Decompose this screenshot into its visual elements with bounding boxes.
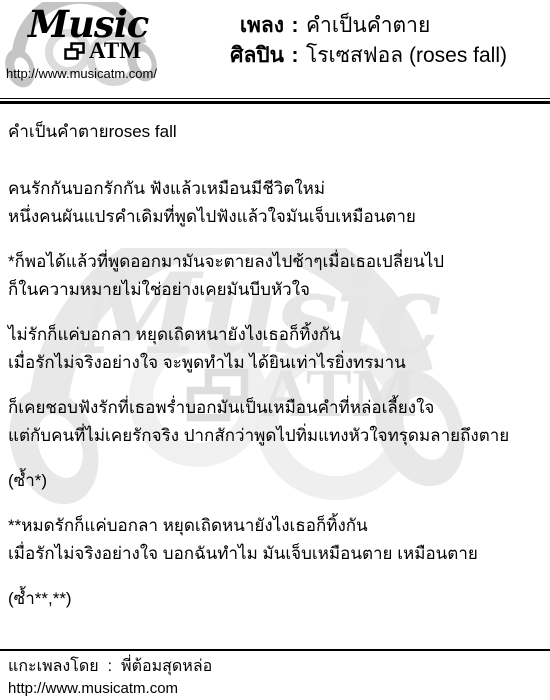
footer-divider — [0, 649, 550, 651]
footer-url: http://www.musicatm.com — [8, 678, 212, 700]
lyrics-stanza: คนรักกันบอกรักกัน ฟังแล้วเหมือนมีชีวิตให… — [8, 175, 544, 231]
lyrics-body: คำเป็นคำตายroses fall คนรักกันบอกรักกัน … — [8, 118, 544, 630]
lyrics-line: หนึ่งคนผันแปรคำเดิมที่พูดไปฟังแล้วใจมันเ… — [8, 203, 544, 231]
site-logo: Music ATM http://www.musicatm.com/ — [4, 2, 204, 90]
lyrics-line: **หมดรักก็แค่บอกลา หยุดเถิดหนายังไงเธอก็… — [8, 512, 544, 540]
lyrics-line: แต่กับคนที่ไม่เคยรักจริง ปากสักว่าพูดไปท… — [8, 422, 544, 450]
atm-cascade-icon — [64, 42, 85, 60]
lyrics-stanza: ไม่รักก็แค่บอกลา หยุดเถิดหนายังไงเธอก็ทิ… — [8, 321, 544, 377]
subbrand-text: ATM — [89, 39, 141, 63]
header-divider — [0, 98, 550, 104]
lyrics-line: (ซ้ำ*) — [8, 467, 544, 495]
song-info: เพลง : คำเป็นคำตาย ศิลปิน : โรเซสฟอล (ro… — [212, 11, 507, 71]
lyrics-line: เมื่อรักไม่จริงอย่างใจ บอกฉันทำไม มันเจ็… — [8, 540, 544, 568]
song-separator: : — [288, 11, 302, 41]
lyrics-stanza: ก็เคยชอบฟังรักที่เธอพร่ำบอกมันเป็นเหมือน… — [8, 394, 544, 450]
artist-label: ศิลปิน — [212, 41, 284, 71]
lyrics-line: คนรักกันบอกรักกัน ฟังแล้วเหมือนมีชีวิตให… — [8, 175, 544, 203]
credit-line: แกะเพลงโดย:พี่ต้อมสุดหล่อ — [8, 656, 212, 678]
lyrics-line: ก็เคยชอบฟังรักที่เธอพร่ำบอกมันเป็นเหมือน… — [8, 394, 544, 422]
page-footer: แกะเพลงโดย:พี่ต้อมสุดหล่อ http://www.mus… — [8, 656, 212, 700]
site-url: http://www.musicatm.com/ — [6, 66, 157, 81]
lyrics-line: ก็ในความหมายไม่ใช่อย่างเคยมันบีบหัวใจ — [8, 276, 544, 304]
page-header: Music ATM http://www.musicatm.com/ เพลง … — [0, 0, 550, 99]
lyrics-stanza: (ซ้ำ**,**) — [8, 585, 544, 613]
credit-separator: : — [108, 658, 112, 675]
credit-value: พี่ต้อมสุดหล่อ — [121, 658, 212, 675]
artist-name: โรเซสฟอล (roses fall) — [306, 41, 507, 71]
lyrics-stanza: **หมดรักก็แค่บอกลา หยุดเถิดหนายังไงเธอก็… — [8, 512, 544, 568]
lyrics-line: *ก็พอได้แล้วที่พูดออกมามันจะตายลงไปช้าๆเ… — [8, 248, 544, 276]
song-label: เพลง — [212, 11, 284, 41]
lyrics-stanza: (ซ้ำ*) — [8, 467, 544, 495]
lyrics-line: ไม่รักก็แค่บอกลา หยุดเถิดหนายังไงเธอก็ทิ… — [8, 321, 544, 349]
credit-label: แกะเพลงโดย — [8, 658, 99, 675]
lyrics-line: เมื่อรักไม่จริงอย่างใจ จะพูดทำไม ได้ยินเ… — [8, 349, 544, 377]
lyrics-line: (ซ้ำ**,**) — [8, 585, 544, 613]
artist-separator: : — [288, 41, 302, 71]
lyrics-stanza: *ก็พอได้แล้วที่พูดออกมามันจะตายลงไปช้าๆเ… — [8, 248, 544, 304]
lyrics-title-line: คำเป็นคำตายroses fall — [8, 118, 544, 146]
song-title: คำเป็นคำตาย — [306, 11, 507, 41]
